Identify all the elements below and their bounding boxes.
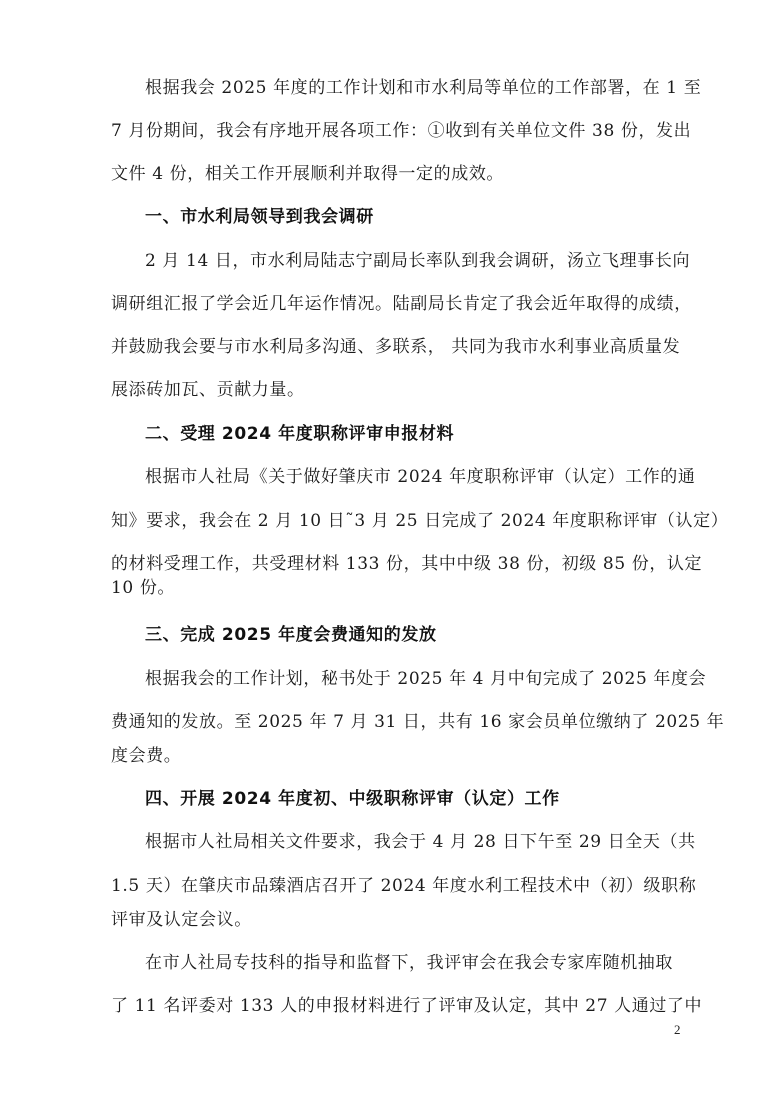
section-1-heading: 一、市水利局领导到我会调研 [145,205,725,229]
section-4-line-3: 评审及认定会议。 [111,908,691,932]
intro-line-3: 文件 4 份，相关工作开展顺利并取得一定的成效。 [111,162,691,186]
section-1-line-2: 调研组汇报了学会近几年运作情况。陆副局长肯定了我会近年取得的成绩， [111,292,691,316]
intro-line-1: 根据我会 2025 年度的工作计划和市水利局等单位的工作部署，在 1 至 [145,76,725,100]
section-2-heading: 二、受理 2024 年度职称评审申报材料 [145,422,725,446]
section-4-line-2: 1.5 天）在肇庆市品臻酒店召开了 2024 年度水利工程技术中（初）级职称 [111,874,691,898]
intro-line-2: 7 月份期间，我会有序地开展各项工作：①收到有关单位文件 38 份，发出 [111,119,691,143]
page-number: 2 [674,1022,681,1038]
section-3-line-2: 费通知的发放。至 2025 年 7 月 31 日，共有 16 家会员单位缴纳了 … [111,710,691,734]
section-3-line-1: 根据我会的工作计划，秘书处于 2025 年 4 月中旬完成了 2025 年度会 [145,667,725,691]
section-2-line-2: 知》要求，我会在 2 月 10 日˜3 月 25 日完成了 2024 年度职称评… [111,509,691,533]
section-4-heading: 四、开展 2024 年度初、中级职称评审（认定）工作 [145,787,725,811]
section-1-line-1: 2 月 14 日，市水利局陆志宁副局长率队到我会调研，汤立飞理事长向 [145,249,725,273]
section-4-line-1: 根据市人社局相关文件要求，我会于 4 月 28 日下午至 29 日全天（共 [145,830,725,854]
section-2-line-3: 的材料受理工作，共受理材料 133 份，其中中级 38 份，初级 85 份，认定 [111,552,691,576]
section-2-line-1: 根据市人社局《关于做好肇庆市 2024 年度职称评审（认定）工作的通 [145,465,725,489]
document-page: 根据我会 2025 年度的工作计划和市水利局等单位的工作部署，在 1 至 7 月… [0,0,774,1095]
section-3-line-3: 度会费。 [111,744,691,768]
section-4-p2-line-2: 了 11 名评委对 133 人的申报材料进行了评审及认定，其中 27 人通过了中 [111,994,691,1018]
section-1-line-3: 并鼓励我会要与市水利局多沟通、多联系， 共同为我市水利事业高质量发 [111,335,691,359]
section-1-line-4: 展添砖加瓦、贡献力量。 [111,378,691,402]
section-2-line-4: 10 份。 [111,576,691,600]
section-4-p2-line-1: 在市人社局专技科的指导和监督下，我评审会在我会专家库随机抽取 [145,951,725,975]
section-3-heading: 三、完成 2025 年度会费通知的发放 [145,623,725,647]
